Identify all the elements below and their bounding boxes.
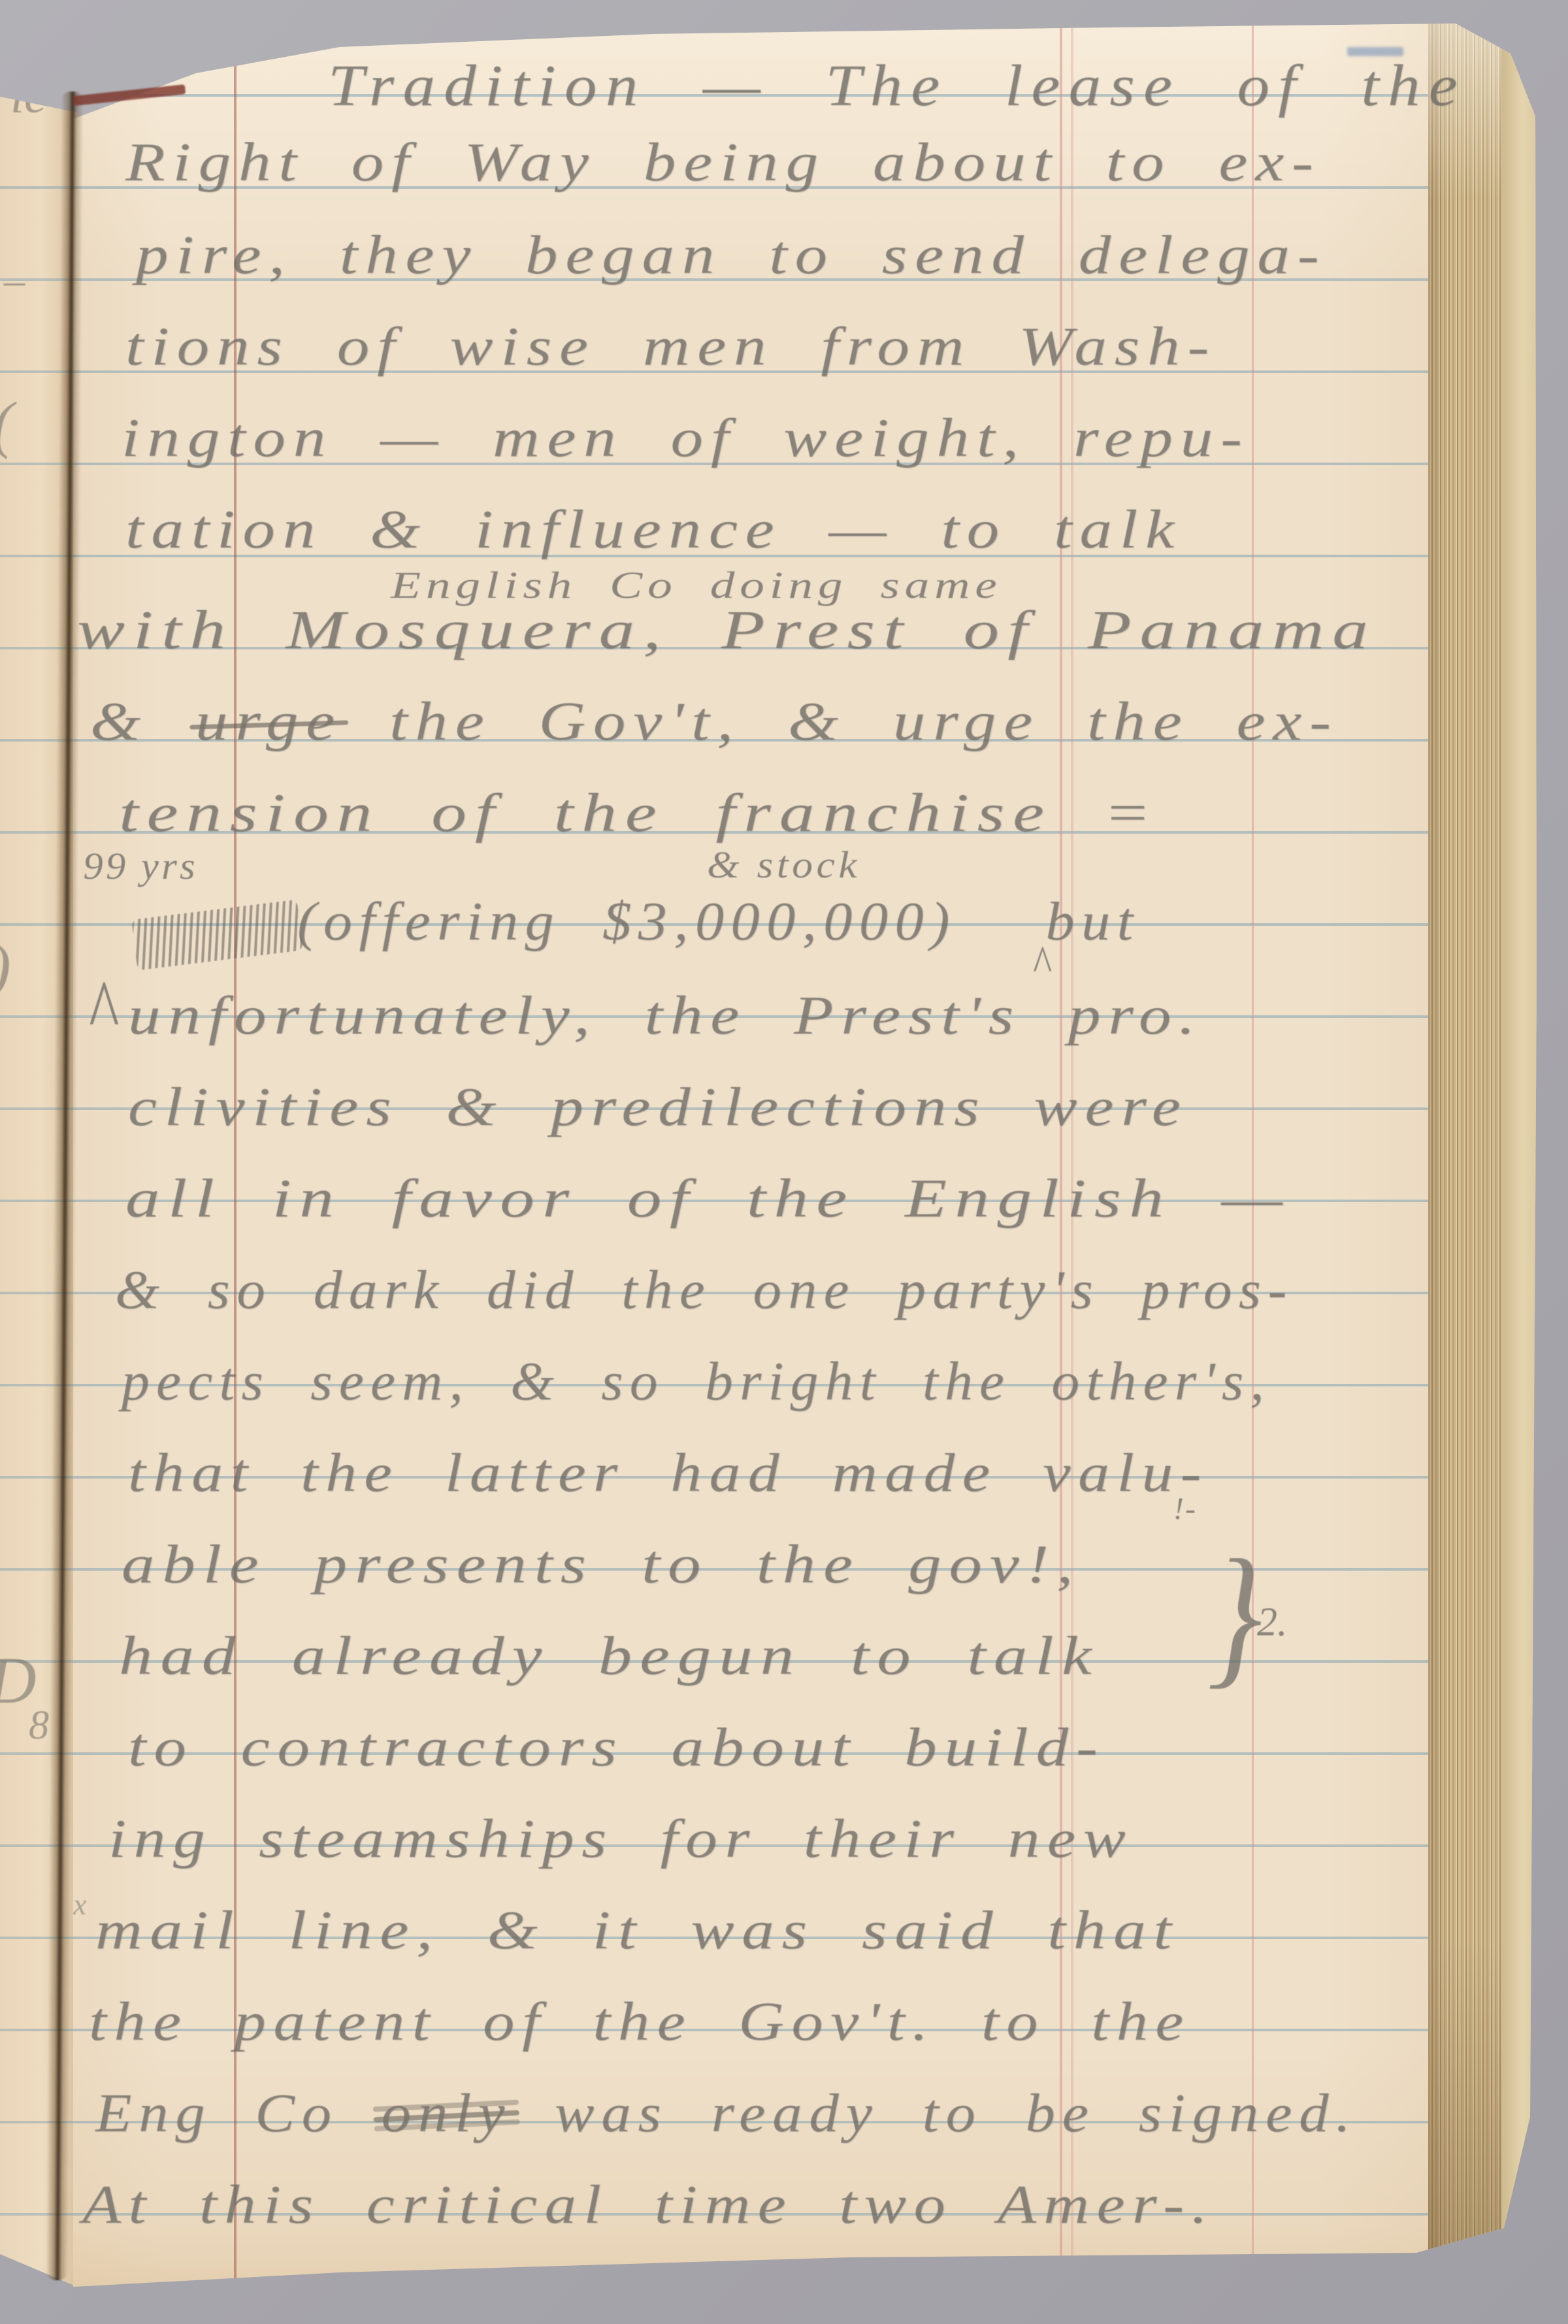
margin-fragment: le: [10, 68, 46, 125]
handwriting-line: to contractors about build-: [128, 1716, 1105, 1779]
handwriting-line: & urge the Gov't, & urge the ex-: [90, 690, 1339, 753]
word: but: [1045, 891, 1139, 952]
red-column-line-right: [1252, 0, 1254, 2324]
handwriting-line: all in favor of the English —: [125, 1167, 1290, 1230]
handwriting-line: ing steamships for their new: [108, 1807, 1133, 1871]
phrase: (offering $3,000,000): [297, 891, 956, 952]
handwriting-line: Eng Co only was ready to be signed.: [95, 2082, 1358, 2145]
margin-fragment: –: [4, 256, 25, 304]
word: &: [90, 691, 148, 752]
margin-mark: x: [73, 1887, 86, 1922]
handwriting-line: At this critical time two Amer-.: [82, 2173, 1215, 2236]
handwriting-line: the patent of the Gov't. to the: [89, 1990, 1191, 2054]
caret-mark: ^: [88, 960, 115, 1065]
handwriting-line: Right of Way being about to ex-: [125, 131, 1321, 194]
handwriting-line: clivities & predilections were: [128, 1075, 1188, 1139]
interline-insertion-stock: & stock: [707, 843, 860, 887]
margin-brace: }: [1207, 1525, 1262, 1706]
handwriting-line: unfortunately, the Prest's pro.: [128, 984, 1203, 1047]
handwriting-title-line: Tradition — The lease of the: [328, 52, 1466, 120]
handwriting-line: tation & influence — to talk: [125, 498, 1182, 561]
margin-fragment: 8: [29, 1703, 49, 1749]
margin-brace-number: 2.: [1257, 1599, 1288, 1646]
interline-mark: !-: [1173, 1491, 1197, 1527]
notebook-scan: { "colors":{ "background_gray":"#a9a8ae"…: [0, 0, 1568, 2324]
handwriting-line: & so dark did the one party's pros-: [115, 1258, 1294, 1322]
margin-fragment: (: [0, 388, 14, 461]
handwriting-line: able presents to the gov!,: [122, 1533, 1081, 1596]
notebook-page: Tradition — The lease of the Right of Wa…: [0, 0, 1568, 2324]
handwriting-line: tions of wise men from Wash-: [125, 315, 1217, 378]
phrase: Eng Co: [95, 2083, 338, 2144]
phrase: the Gov't, & urge the ex-: [389, 691, 1339, 752]
page-edge-outer: [1501, 39, 1537, 2241]
handwriting-line: ington — men of weight, repu-: [122, 406, 1250, 470]
handwriting-line: with Mosquera, Prest of Panama: [77, 598, 1377, 662]
handwriting-line: mail line, & it was said that: [95, 1899, 1179, 1962]
handwriting-line: tension of the franchise =: [119, 781, 1159, 845]
handwriting-line: pects seem, & so bright the other's,: [122, 1350, 1271, 1413]
struck-word: urge: [195, 691, 342, 752]
struck-word: only: [382, 2083, 512, 2144]
handwriting-line: pire, they began to send delega-: [136, 223, 1327, 287]
phrase: was ready to be signed.: [555, 2083, 1358, 2144]
handwriting-line: (offering $3,000,000)but: [297, 890, 1140, 953]
handwriting-line: had already begun to talk: [119, 1624, 1100, 1688]
handwriting-line: that the latter had made valu-: [128, 1441, 1209, 1505]
margin-fragment: ): [0, 930, 11, 1004]
